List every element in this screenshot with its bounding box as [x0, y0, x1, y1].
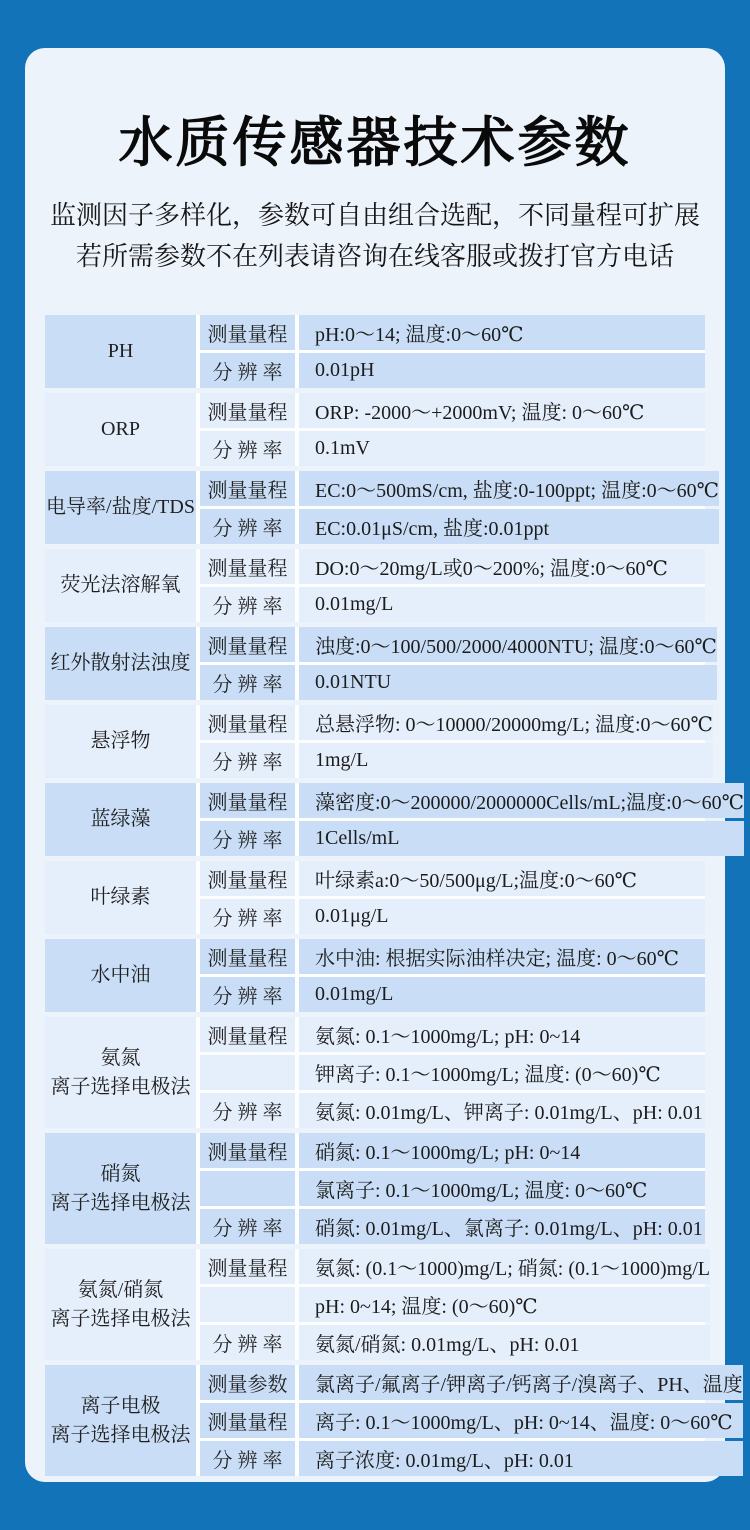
table-row: 测量量程EC:0～500mS/cm, 盐度:0-100ppt; 温度:0～60℃	[200, 471, 719, 506]
group-name: 红外散射法浊度	[45, 627, 196, 700]
row-label: 测量量程	[200, 627, 295, 662]
group-name: ORP	[45, 393, 196, 466]
group-name-line: 离子选择电极法	[51, 1189, 191, 1218]
table-row: 测量量程pH:0～14; 温度:0～60℃	[200, 315, 705, 350]
row-value: 1Cells/mL	[299, 821, 744, 856]
group-name-line: 悬浮物	[91, 727, 151, 756]
row-label: 测量量程	[200, 315, 295, 350]
table-row: 测量量程藻密度:0～200000/2000000Cells/mL;温度:0～60…	[200, 783, 744, 818]
subtitle: 监测因子多样化，参数可自由组合选配，不同量程可扩展 若所需参数不在列表请咨询在线…	[45, 195, 705, 277]
row-label: 测量量程	[200, 705, 295, 740]
row-value: 0.01pH	[299, 353, 705, 388]
row-value: 钾离子: 0.1～1000mg/L; 温度: (0～60)℃	[299, 1055, 705, 1090]
group-rows: 测量量程DO:0～20mg/L或0～200%; 温度:0～60℃分 辨 率0.0…	[200, 549, 705, 622]
table-row: 钾离子: 0.1～1000mg/L; 温度: (0～60)℃	[200, 1055, 705, 1090]
row-label: 测量量程	[200, 1249, 295, 1284]
row-label: 测量量程	[200, 939, 295, 974]
table-row: 测量量程氨氮: 0.1～1000mg/L; pH: 0~14	[200, 1017, 705, 1052]
row-label: 测量量程	[200, 1017, 295, 1052]
group-rows: 测量参数氯离子/氟离子/钾离子/钙离子/溴离子、PH、温度测量量程离子: 0.1…	[200, 1365, 743, 1476]
spec-group-6: 悬浮物测量量程总悬浮物: 0～10000/20000mg/L; 温度:0～60℃…	[45, 705, 705, 778]
row-label: 分 辨 率	[200, 977, 295, 1012]
table-row: 测量量程总悬浮物: 0～10000/20000mg/L; 温度:0～60℃	[200, 705, 713, 740]
group-rows: 测量量程总悬浮物: 0～10000/20000mg/L; 温度:0～60℃分 辨…	[200, 705, 713, 778]
row-value: EC:0.01μS/cm, 盐度:0.01ppt	[299, 509, 719, 544]
row-label: 测量量程	[200, 861, 295, 896]
row-value: 0.01mg/L	[299, 587, 705, 622]
group-rows: 测量量程pH:0～14; 温度:0～60℃分 辨 率0.01pH	[200, 315, 705, 388]
spec-group-8: 叶绿素测量量程叶绿素a:0～50/500μg/L;温度:0～60℃分 辨 率0.…	[45, 861, 705, 934]
spec-sheet-panel: 水质传感器技术参数 监测因子多样化，参数可自由组合选配，不同量程可扩展 若所需参…	[25, 48, 725, 1482]
group-name: 叶绿素	[45, 861, 196, 934]
table-row: 测量量程叶绿素a:0～50/500μg/L;温度:0～60℃	[200, 861, 705, 896]
row-label	[200, 1287, 295, 1322]
row-label: 测量量程	[200, 471, 295, 506]
table-row: 分 辨 率硝氮: 0.01mg/L、氯离子: 0.01mg/L、pH: 0.01	[200, 1209, 705, 1244]
group-rows: 测量量程ORP: -2000～+2000mV; 温度: 0～60℃分 辨 率0.…	[200, 393, 705, 466]
group-name: 水中油	[45, 939, 196, 1012]
spec-group-10: 氨氮离子选择电极法测量量程氨氮: 0.1～1000mg/L; pH: 0~14钾…	[45, 1017, 705, 1128]
row-label: 分 辨 率	[200, 353, 295, 388]
group-name-line: 氨氮	[101, 1044, 141, 1073]
row-value: 1mg/L	[299, 743, 713, 778]
table-row: 分 辨 率1Cells/mL	[200, 821, 744, 856]
row-label: 分 辨 率	[200, 587, 295, 622]
spec-group-1: PH测量量程pH:0～14; 温度:0～60℃分 辨 率0.01pH	[45, 315, 705, 388]
row-value: pH: 0~14; 温度: (0～60)℃	[299, 1287, 710, 1322]
spec-group-9: 水中油测量量程水中油: 根据实际油样决定; 温度: 0～60℃分 辨 率0.01…	[45, 939, 705, 1012]
table-row: 分 辨 率0.01pH	[200, 353, 705, 388]
row-label: 分 辨 率	[200, 665, 295, 700]
group-name-line: 硝氮	[101, 1160, 141, 1189]
row-label: 测量参数	[200, 1365, 295, 1400]
table-row: 测量量程氨氮: (0.1～1000)mg/L; 硝氮: (0.1～1000)mg…	[200, 1249, 710, 1284]
table-row: 测量量程离子: 0.1～1000mg/L、pH: 0~14、温度: 0～60℃	[200, 1403, 743, 1438]
row-label: 分 辨 率	[200, 431, 295, 466]
table-row: 分 辨 率0.01μg/L	[200, 899, 705, 934]
row-value: ORP: -2000～+2000mV; 温度: 0～60℃	[299, 393, 705, 428]
spec-table: PH测量量程pH:0～14; 温度:0～60℃分 辨 率0.01pHORP测量量…	[45, 315, 705, 1476]
spec-group-5: 红外散射法浊度测量量程浊度:0～100/500/2000/4000NTU; 温度…	[45, 627, 705, 700]
group-name-line: 荧光法溶解氧	[61, 571, 181, 600]
row-value: 离子: 0.1～1000mg/L、pH: 0~14、温度: 0～60℃	[299, 1403, 743, 1438]
group-name: 荧光法溶解氧	[45, 549, 196, 622]
table-row: 分 辨 率1mg/L	[200, 743, 713, 778]
row-label: 分 辨 率	[200, 1093, 295, 1128]
group-name-line: 电导率/盐度/TDS	[46, 493, 195, 522]
group-name: 氨氮离子选择电极法	[45, 1017, 196, 1128]
table-row: 测量量程ORP: -2000～+2000mV; 温度: 0～60℃	[200, 393, 705, 428]
row-label: 测量量程	[200, 1403, 295, 1438]
row-label: 分 辨 率	[200, 899, 295, 934]
row-label: 测量量程	[200, 783, 295, 818]
table-row: 分 辨 率氨氮: 0.01mg/L、钾离子: 0.01mg/L、pH: 0.01	[200, 1093, 705, 1128]
spec-group-11: 硝氮离子选择电极法测量量程硝氮: 0.1～1000mg/L; pH: 0~14氯…	[45, 1133, 705, 1244]
table-row: 分 辨 率0.1mV	[200, 431, 705, 466]
row-value: 叶绿素a:0～50/500μg/L;温度:0～60℃	[299, 861, 705, 896]
group-name: 氨氮/硝氮离子选择电极法	[45, 1249, 196, 1360]
row-value: 硝氮: 0.01mg/L、氯离子: 0.01mg/L、pH: 0.01	[299, 1209, 705, 1244]
spec-group-2: ORP测量量程ORP: -2000～+2000mV; 温度: 0～60℃分 辨 …	[45, 393, 705, 466]
group-name-line: 红外散射法浊度	[51, 649, 191, 678]
row-label: 测量量程	[200, 1133, 295, 1168]
group-name-line: 离子电极	[81, 1392, 161, 1421]
row-value: 离子浓度: 0.01mg/L、pH: 0.01	[299, 1441, 743, 1476]
group-name: 离子电极离子选择电极法	[45, 1365, 196, 1476]
row-label: 分 辨 率	[200, 821, 295, 856]
row-value: 0.01μg/L	[299, 899, 705, 934]
row-value: DO:0～20mg/L或0～200%; 温度:0～60℃	[299, 549, 705, 584]
group-name-line: PH	[108, 337, 134, 366]
table-row: 分 辨 率0.01mg/L	[200, 977, 705, 1012]
row-value: 浊度:0～100/500/2000/4000NTU; 温度:0～60℃	[299, 627, 717, 662]
group-name-line: 离子选择电极法	[51, 1073, 191, 1102]
table-row: pH: 0~14; 温度: (0～60)℃	[200, 1287, 710, 1322]
row-label: 分 辨 率	[200, 1209, 295, 1244]
table-row: 测量量程硝氮: 0.1～1000mg/L; pH: 0~14	[200, 1133, 705, 1168]
page-title: 水质传感器技术参数	[45, 100, 705, 177]
spec-group-7: 蓝绿藻测量量程藻密度:0～200000/2000000Cells/mL;温度:0…	[45, 783, 705, 856]
group-rows: 测量量程EC:0～500mS/cm, 盐度:0-100ppt; 温度:0～60℃…	[200, 471, 719, 544]
subtitle-line-2: 若所需参数不在列表请咨询在线客服或拨打官方电话	[45, 236, 705, 277]
row-value: 水中油: 根据实际油样决定; 温度: 0～60℃	[299, 939, 705, 974]
table-row: 分 辨 率氨氮/硝氮: 0.01mg/L、pH: 0.01	[200, 1325, 710, 1360]
group-name-line: 离子选择电极法	[51, 1421, 191, 1450]
spec-group-4: 荧光法溶解氧测量量程DO:0～20mg/L或0～200%; 温度:0～60℃分 …	[45, 549, 705, 622]
row-value: 0.1mV	[299, 431, 705, 466]
group-name: 电导率/盐度/TDS	[45, 471, 196, 544]
row-value: 氨氮: (0.1～1000)mg/L; 硝氮: (0.1～1000)mg/L	[299, 1249, 710, 1284]
row-value: 氯离子: 0.1～1000mg/L; 温度: 0～60℃	[299, 1171, 705, 1206]
row-value: 0.01NTU	[299, 665, 717, 700]
row-label: 分 辨 率	[200, 1325, 295, 1360]
row-value: 总悬浮物: 0～10000/20000mg/L; 温度:0～60℃	[299, 705, 713, 740]
table-row: 测量量程水中油: 根据实际油样决定; 温度: 0～60℃	[200, 939, 705, 974]
row-value: 0.01mg/L	[299, 977, 705, 1012]
row-label	[200, 1055, 295, 1090]
row-value: pH:0～14; 温度:0～60℃	[299, 315, 705, 350]
subtitle-line-1: 监测因子多样化，参数可自由组合选配，不同量程可扩展	[45, 195, 705, 236]
row-value: 氨氮: 0.1～1000mg/L; pH: 0~14	[299, 1017, 705, 1052]
group-rows: 测量量程水中油: 根据实际油样决定; 温度: 0～60℃分 辨 率0.01mg/…	[200, 939, 705, 1012]
group-name-line: ORP	[101, 415, 140, 444]
group-name: 悬浮物	[45, 705, 196, 778]
row-value: 氨氮: 0.01mg/L、钾离子: 0.01mg/L、pH: 0.01	[299, 1093, 705, 1128]
group-name-line: 离子选择电极法	[51, 1305, 191, 1334]
spec-group-3: 电导率/盐度/TDS测量量程EC:0～500mS/cm, 盐度:0-100ppt…	[45, 471, 705, 544]
group-name-line: 水中油	[91, 961, 151, 990]
row-label: 测量量程	[200, 393, 295, 428]
group-name-line: 叶绿素	[91, 883, 151, 912]
table-row: 分 辨 率0.01NTU	[200, 665, 717, 700]
table-row: 分 辨 率离子浓度: 0.01mg/L、pH: 0.01	[200, 1441, 743, 1476]
row-label: 分 辨 率	[200, 743, 295, 778]
row-label: 测量量程	[200, 549, 295, 584]
table-row: 测量参数氯离子/氟离子/钾离子/钙离子/溴离子、PH、温度	[200, 1365, 743, 1400]
group-rows: 测量量程叶绿素a:0～50/500μg/L;温度:0～60℃分 辨 率0.01μ…	[200, 861, 705, 934]
group-name: 硝氮离子选择电极法	[45, 1133, 196, 1244]
spec-group-12: 氨氮/硝氮离子选择电极法测量量程氨氮: (0.1～1000)mg/L; 硝氮: …	[45, 1249, 705, 1360]
group-name: 蓝绿藻	[45, 783, 196, 856]
row-label	[200, 1171, 295, 1206]
group-rows: 测量量程藻密度:0～200000/2000000Cells/mL;温度:0～60…	[200, 783, 744, 856]
group-name: PH	[45, 315, 196, 388]
group-rows: 测量量程氨氮: 0.1～1000mg/L; pH: 0~14钾离子: 0.1～1…	[200, 1017, 705, 1128]
row-value: 藻密度:0～200000/2000000Cells/mL;温度:0～60℃	[299, 783, 744, 818]
table-row: 测量量程浊度:0～100/500/2000/4000NTU; 温度:0～60℃	[200, 627, 717, 662]
row-value: 氨氮/硝氮: 0.01mg/L、pH: 0.01	[299, 1325, 710, 1360]
group-rows: 测量量程浊度:0～100/500/2000/4000NTU; 温度:0～60℃分…	[200, 627, 717, 700]
group-name-line: 氨氮/硝氮	[78, 1276, 164, 1305]
table-row: 氯离子: 0.1～1000mg/L; 温度: 0～60℃	[200, 1171, 705, 1206]
spec-group-13: 离子电极离子选择电极法测量参数氯离子/氟离子/钾离子/钙离子/溴离子、PH、温度…	[45, 1365, 705, 1476]
row-label: 分 辨 率	[200, 1441, 295, 1476]
group-rows: 测量量程硝氮: 0.1～1000mg/L; pH: 0~14氯离子: 0.1～1…	[200, 1133, 705, 1244]
group-rows: 测量量程氨氮: (0.1～1000)mg/L; 硝氮: (0.1～1000)mg…	[200, 1249, 710, 1360]
row-value: 硝氮: 0.1～1000mg/L; pH: 0~14	[299, 1133, 705, 1168]
row-label: 分 辨 率	[200, 509, 295, 544]
group-name-line: 蓝绿藻	[91, 805, 151, 834]
row-value: EC:0～500mS/cm, 盐度:0-100ppt; 温度:0～60℃	[299, 471, 719, 506]
row-value: 氯离子/氟离子/钾离子/钙离子/溴离子、PH、温度	[299, 1365, 743, 1400]
table-row: 分 辨 率EC:0.01μS/cm, 盐度:0.01ppt	[200, 509, 719, 544]
table-row: 测量量程DO:0～20mg/L或0～200%; 温度:0～60℃	[200, 549, 705, 584]
table-row: 分 辨 率0.01mg/L	[200, 587, 705, 622]
